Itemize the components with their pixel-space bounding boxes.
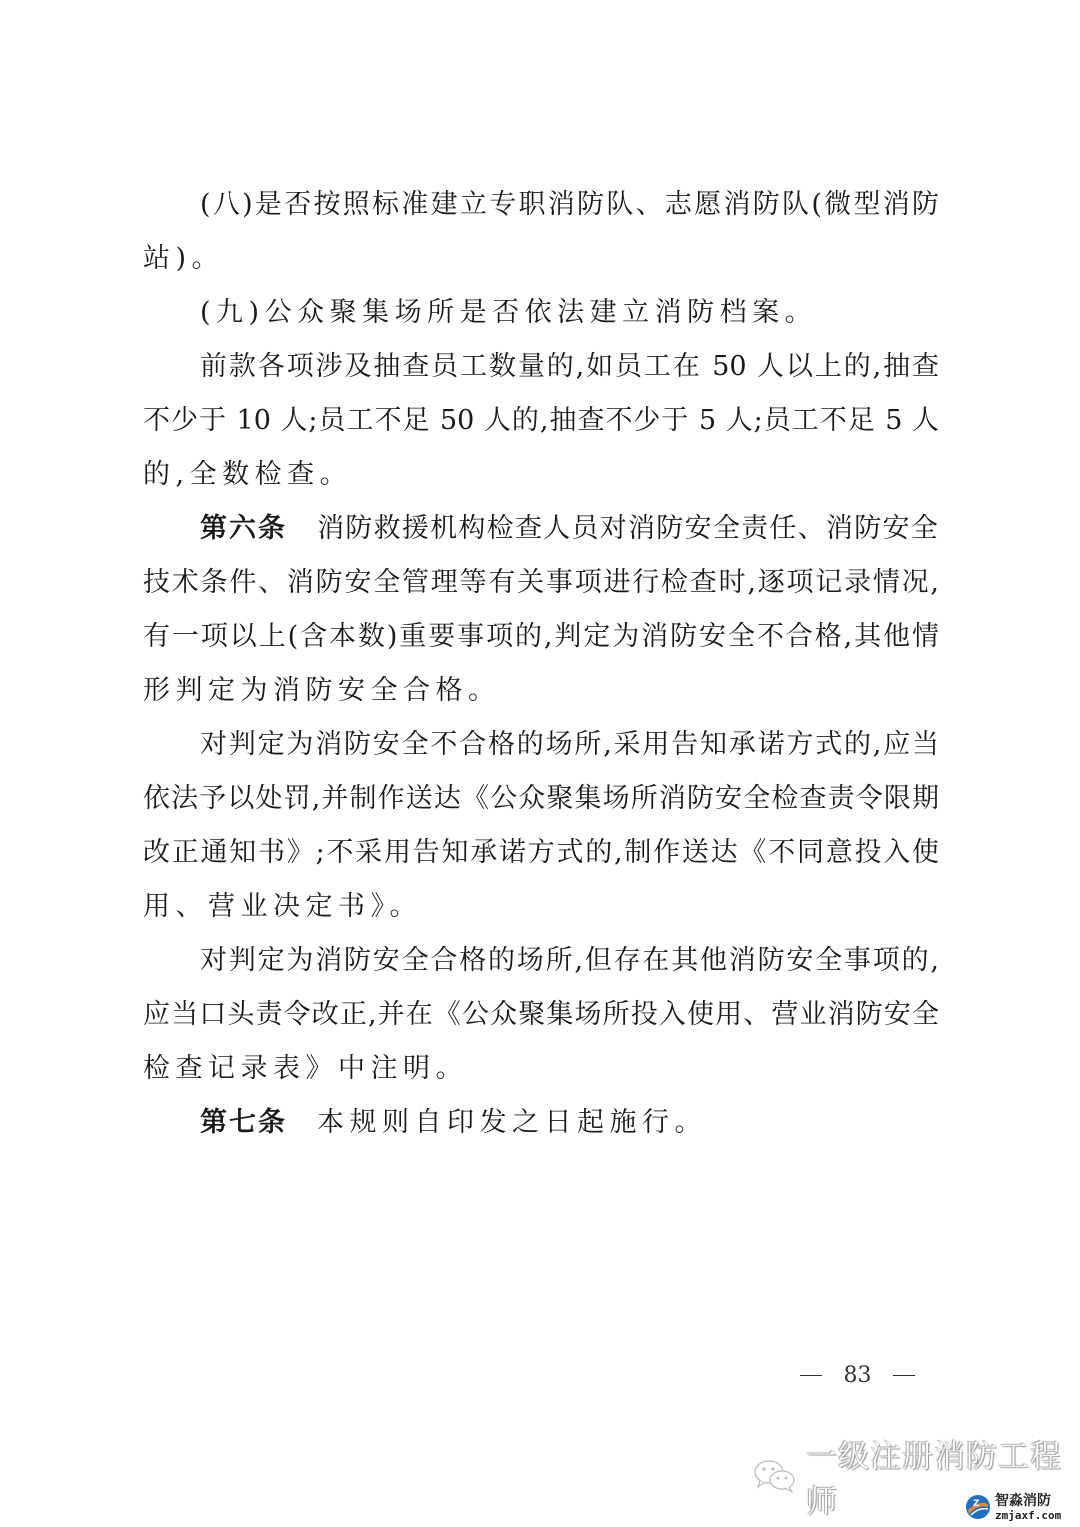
line-text: 改正通知书》;不采用告知承诺方式的,制作送达《不同意投入使 bbox=[143, 837, 939, 868]
line-text: 本规则自印发之日起施行。 bbox=[317, 1107, 707, 1138]
line-text: 消防救援机构检查人员对消防安全责任、消防安全 bbox=[317, 513, 939, 544]
line-text: 对判定为消防安全不合格的场所,采用告知承诺方式的,应当 bbox=[200, 729, 939, 760]
line-text: 不少于 10 人;员工不足 50 人的,抽查不少于 5 人;员工不足 5 人 bbox=[143, 405, 939, 436]
text-line-12: 依法予以处罚,并制作送达《公众聚集场所消防安全检查责令限期 bbox=[143, 772, 939, 826]
wechat-icon bbox=[752, 1458, 798, 1494]
article-heading: 第七条 bbox=[200, 1107, 287, 1138]
line-text: 的,全数检查。 bbox=[143, 459, 352, 490]
document-page: (八)是否按照标准建立专职消防队、志愿消防队(微型消防 站)。 (九)公众聚集场… bbox=[0, 0, 1080, 1527]
brand-logo-icon: Z bbox=[965, 1494, 991, 1520]
svg-text:Z: Z bbox=[973, 1499, 980, 1509]
document-body: (八)是否按照标准建立专职消防队、志愿消防队(微型消防 站)。 (九)公众聚集场… bbox=[143, 178, 939, 1150]
line-text: 检查记录表》中注明。 bbox=[143, 1053, 468, 1084]
text-line-18: 第七条本规则自印发之日起施行。 bbox=[143, 1096, 939, 1150]
text-line-2: 站)。 bbox=[143, 232, 939, 286]
brand-url[interactable]: zmjaxf.com bbox=[995, 1510, 1061, 1521]
text-line-6: 的,全数检查。 bbox=[143, 448, 939, 502]
text-line-10: 形判定为消防安全合格。 bbox=[143, 664, 939, 718]
text-line-16: 应当口头责令改正,并在《公众聚集场所投入使用、营业消防安全 bbox=[143, 988, 939, 1042]
line-text: 对判定为消防安全合格的场所,但存在其他消防安全事项的, bbox=[200, 945, 939, 976]
line-text: (九)公众聚集场所是否依法建立消防档案。 bbox=[200, 297, 817, 328]
line-text: 形判定为消防安全合格。 bbox=[143, 675, 501, 706]
page-number: 83 bbox=[800, 1360, 915, 1390]
line-text: 前款各项涉及抽查员工数量的,如员工在 50 人以上的,抽查 bbox=[200, 351, 939, 382]
text-line-13: 改正通知书》;不采用告知承诺方式的,制作送达《不同意投入使 bbox=[143, 826, 939, 880]
brand-texts: 智淼消防 zmjaxf.com bbox=[995, 1494, 1061, 1521]
brand-badge: Z 智淼消防 zmjaxf.com bbox=[965, 1490, 1075, 1524]
article-heading: 第六条 bbox=[200, 513, 287, 544]
text-line-8: 技术条件、消防安全管理等有关事项进行检查时,逐项记录情况, bbox=[143, 556, 939, 610]
text-line-3: (九)公众聚集场所是否依法建立消防档案。 bbox=[143, 286, 939, 340]
text-line-9: 有一项以上(含本数)重要事项的,判定为消防安全不合格,其他情 bbox=[143, 610, 939, 664]
text-line-15: 对判定为消防安全合格的场所,但存在其他消防安全事项的, bbox=[143, 934, 939, 988]
text-line-1: (八)是否按照标准建立专职消防队、志愿消防队(微型消防 bbox=[143, 178, 939, 232]
line-text: 用、营业决定书》。 bbox=[143, 891, 422, 922]
line-text: (八)是否按照标准建立专职消防队、志愿消防队(微型消防 bbox=[200, 189, 939, 220]
text-line-11: 对判定为消防安全不合格的场所,采用告知承诺方式的,应当 bbox=[143, 718, 939, 772]
dash-left bbox=[800, 1375, 822, 1376]
text-line-5: 不少于 10 人;员工不足 50 人的,抽查不少于 5 人;员工不足 5 人 bbox=[143, 394, 939, 448]
brand-name: 智淼消防 bbox=[995, 1494, 1061, 1508]
text-line-4: 前款各项涉及抽查员工数量的,如员工在 50 人以上的,抽查 bbox=[143, 340, 939, 394]
line-text: 有一项以上(含本数)重要事项的,判定为消防安全不合格,其他情 bbox=[143, 621, 939, 652]
text-line-14: 用、营业决定书》。 bbox=[143, 880, 939, 934]
dash-right bbox=[893, 1375, 915, 1376]
text-line-17: 检查记录表》中注明。 bbox=[143, 1042, 939, 1096]
line-text: 依法予以处罚,并制作送达《公众聚集场所消防安全检查责令限期 bbox=[143, 783, 939, 814]
text-line-7: 第六条消防救援机构检查人员对消防安全责任、消防安全 bbox=[143, 502, 939, 556]
line-text: 站)。 bbox=[143, 243, 224, 274]
line-text: 应当口头责令改正,并在《公众聚集场所投入使用、营业消防安全 bbox=[143, 999, 939, 1030]
line-text: 技术条件、消防安全管理等有关事项进行检查时,逐项记录情况, bbox=[143, 567, 939, 598]
page-number-value: 83 bbox=[844, 1363, 872, 1388]
